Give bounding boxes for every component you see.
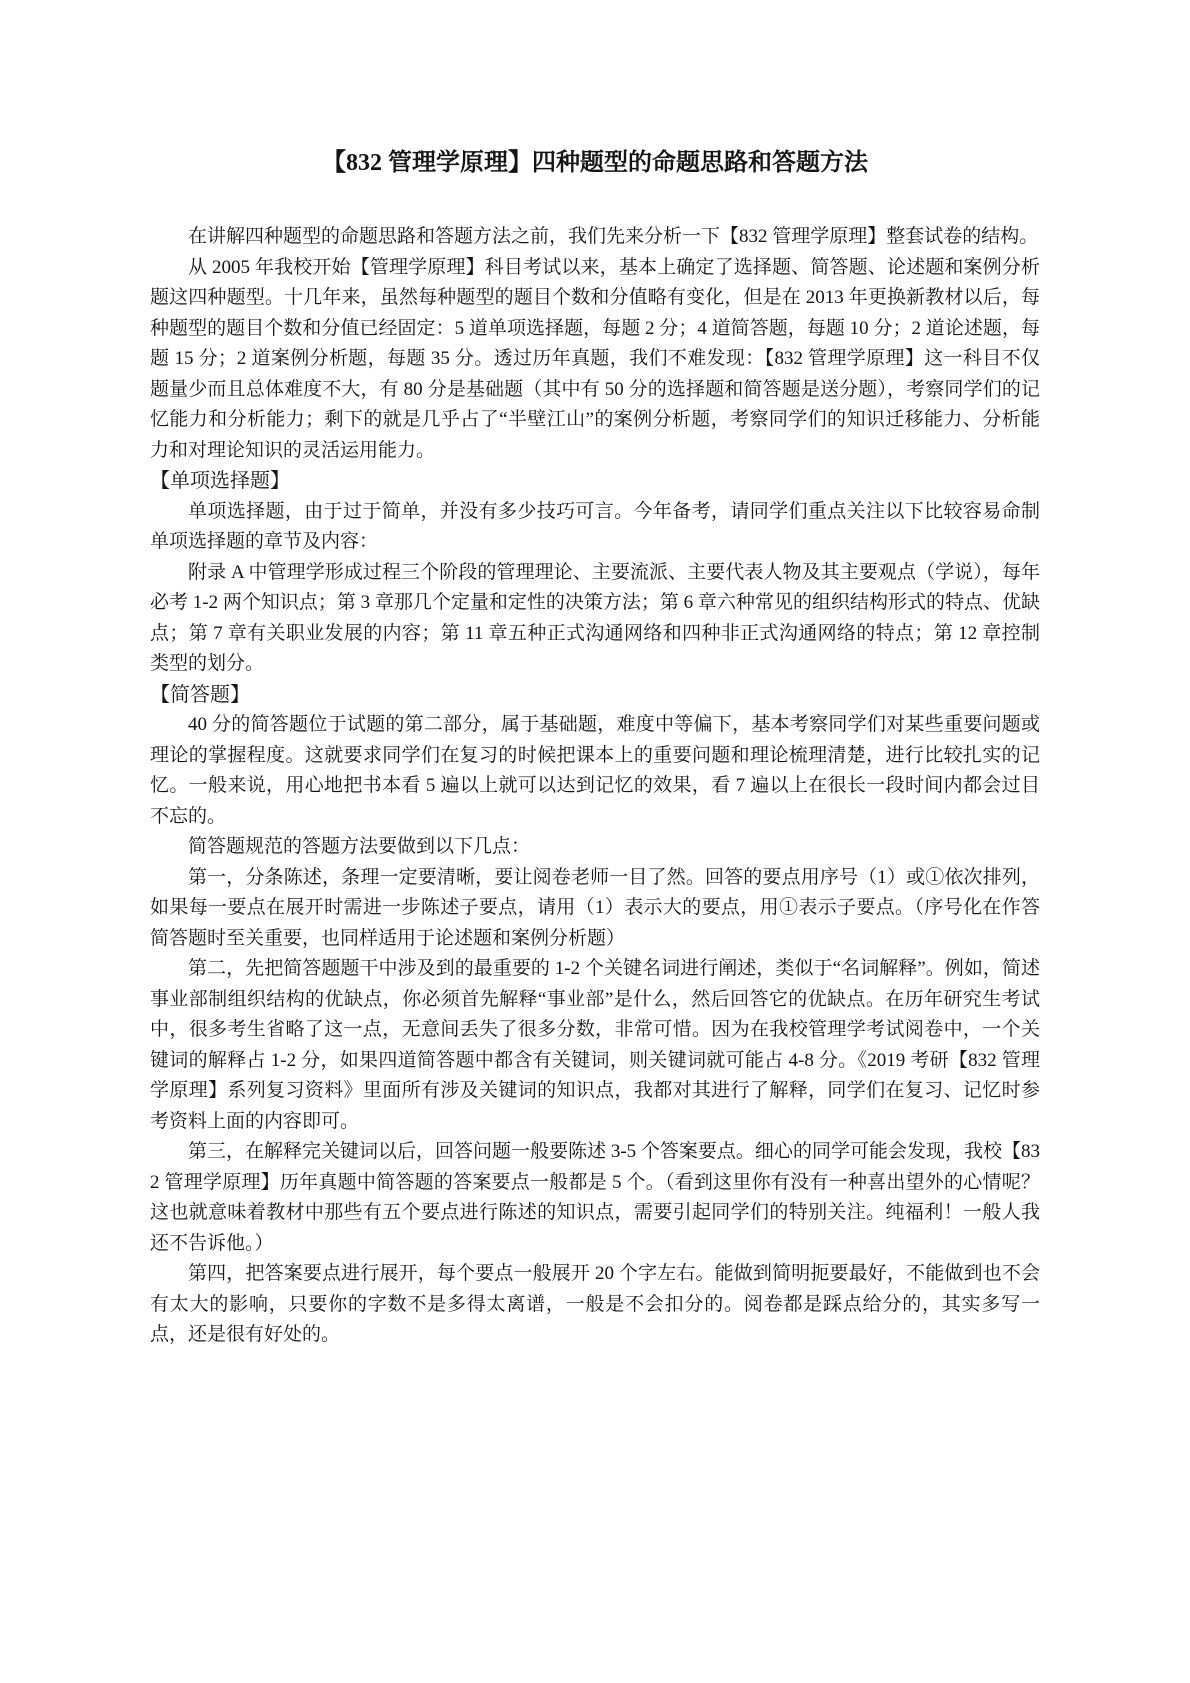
paragraph-point-fourth: 第四，把答案要点进行展开，每个要点一般展开 20 个字左右。能做到简明扼要最好，… xyxy=(150,1259,1040,1351)
paragraph-short-answer-method-lead: 简答题规范的答题方法要做到以下几点： xyxy=(150,832,1040,863)
document-page: 【832 管理学原理】四种题型的命题思路和答题方法 在讲解四种题型的命题思路和答… xyxy=(0,0,1190,1683)
paragraph-point-first: 第一，分条陈述，条理一定要清晰，要让阅卷老师一目了然。回答的要点用序号（1）或①… xyxy=(150,863,1040,955)
document-title: 【832 管理学原理】四种题型的命题思路和答题方法 xyxy=(150,146,1040,180)
paragraph-single-choice-intro: 单项选择题，由于过于简单，并没有多少技巧可言。今年备考，请同学们重点关注以下比较… xyxy=(150,497,1040,558)
section-heading-short-answer: 【简答题】 xyxy=(150,680,1040,711)
paragraph-exam-history: 从 2005 年我校开始【管理学原理】科目考试以来，基本上确定了选择题、简答题、… xyxy=(150,253,1040,467)
paragraph-point-second: 第二，先把简答题题干中涉及到的最重要的 1-2 个关键名词进行阐述，类似于“名词… xyxy=(150,954,1040,1137)
paragraph-short-answer-intro: 40 分的简答题位于试题的第二部分，属于基础题，难度中等偏下，基本考察同学们对某… xyxy=(150,710,1040,832)
paragraph-point-third: 第三，在解释完关键词以后，回答问题一般要陈述 3-5 个答案要点。细心的同学可能… xyxy=(150,1137,1040,1259)
paragraph-intro-structure: 在讲解四种题型的命题思路和答题方法之前，我们先来分析一下【832 管理学原理】整… xyxy=(150,222,1040,253)
paragraph-single-choice-chapters: 附录 A 中管理学形成过程三个阶段的管理理论、主要流派、主要代表人物及其主要观点… xyxy=(150,558,1040,680)
section-heading-single-choice: 【单项选择题】 xyxy=(150,466,1040,497)
